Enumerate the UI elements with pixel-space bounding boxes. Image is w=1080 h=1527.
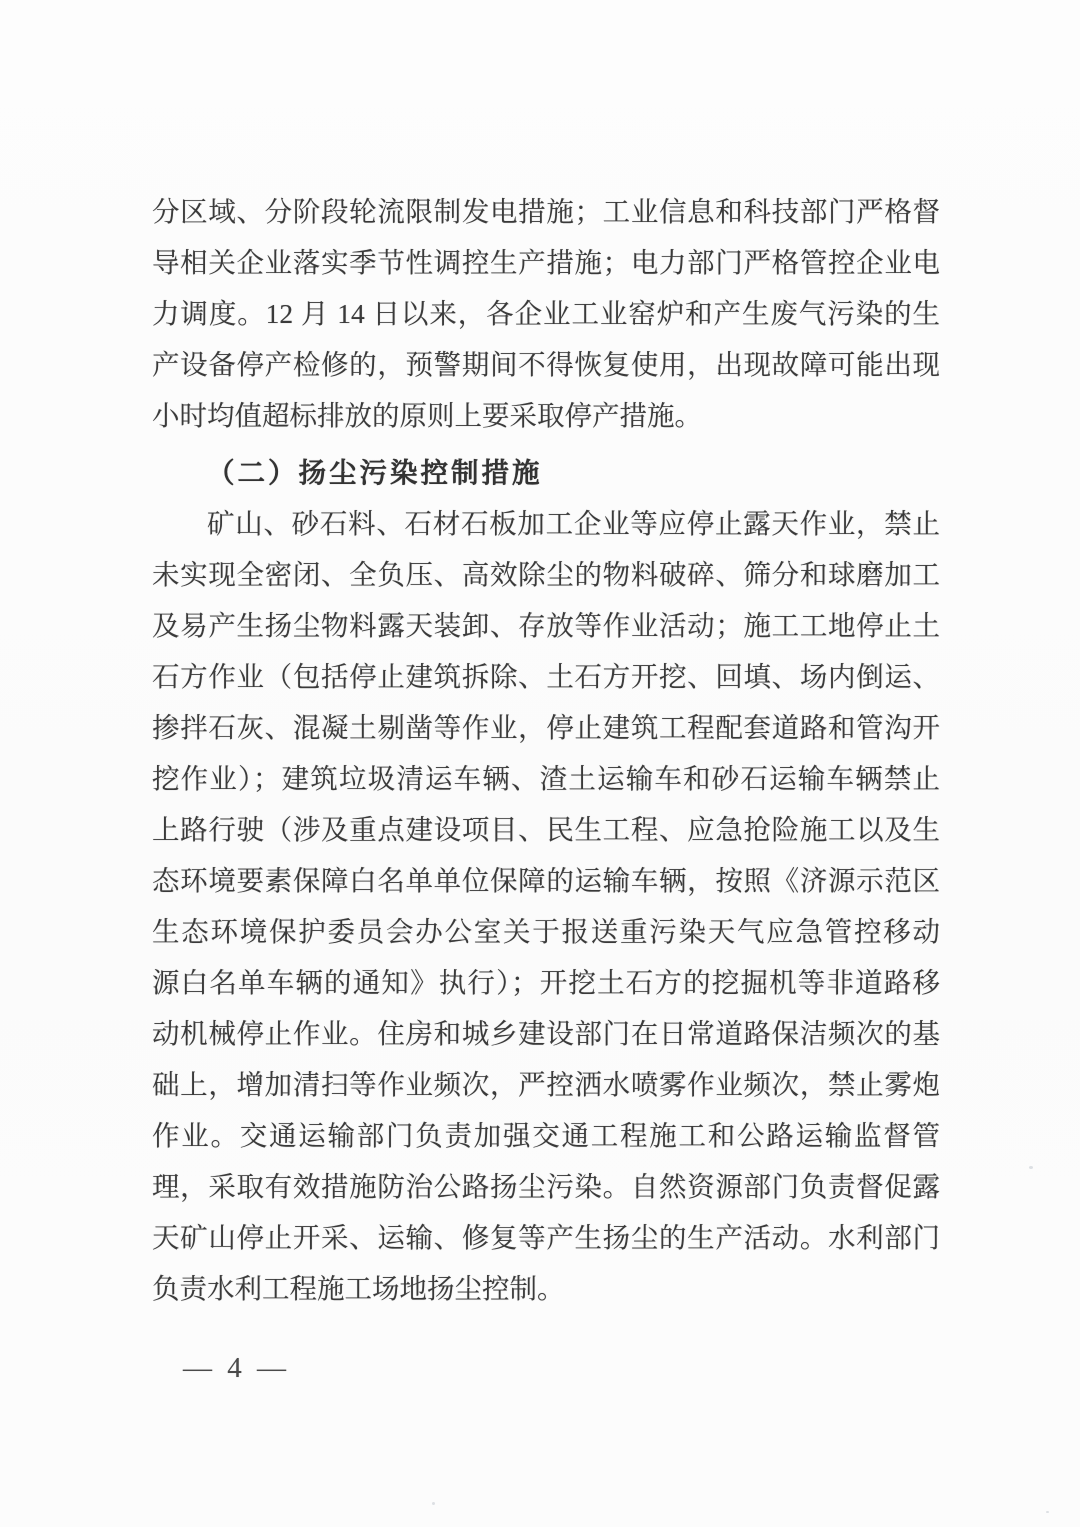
text-line: 源白名单车辆的通知》执行）；开挖土石方的挖掘机等非道路移 (152, 957, 940, 1008)
scan-artifact-speck (1046, 1511, 1049, 1513)
text-line: 小时均值超标排放的原则上要采取停产措施。 (152, 390, 940, 441)
text-line: 产设备停产检修的，预警期间不得恢复使用，出现故障可能出现 (152, 339, 940, 390)
text-line: 天矿山停止开采、运输、修复等产生扬尘的生产活动。水利部门 (152, 1212, 940, 1263)
section-heading: （二）扬尘污染控制措施 (152, 447, 940, 498)
text-line: 分区域、分阶段轮流限制发电措施；工业信息和科技部门严格督 (152, 186, 940, 237)
text-line: 动机械停止作业。住房和城乡建设部门在日常道路保洁频次的基 (152, 1008, 940, 1059)
document-body: 分区域、分阶段轮流限制发电措施；工业信息和科技部门严格督 导相关企业落实季节性调… (152, 186, 940, 1314)
text-line: 上路行驶（涉及重点建设项目、民生工程、应急抢险施工以及生 (152, 804, 940, 855)
text-line: 负责水利工程施工场地扬尘控制。 (152, 1263, 940, 1314)
text-line: 矿山、砂石料、石材石板加工企业等应停止露天作业，禁止 (152, 498, 940, 549)
text-line: 生态环境保护委员会办公室关于报送重污染天气应急管控移动 (152, 906, 940, 957)
text-line: 态环境要素保障白名单单位保障的运输车辆，按照《济源示范区 (152, 855, 940, 906)
scan-artifact-speck (1029, 1166, 1033, 1169)
text-line: 导相关企业落实季节性调控生产措施；电力部门严格管控企业电 (152, 237, 940, 288)
text-line: 作业。交通运输部门负责加强交通工程施工和公路运输监督管 (152, 1110, 940, 1161)
text-line: 理，采取有效措施防治公路扬尘污染。自然资源部门负责督促露 (152, 1161, 940, 1212)
text-line: 石方作业（包括停止建筑拆除、土石方开挖、回填、场内倒运、 (152, 651, 940, 702)
scan-artifact-speck (432, 1502, 435, 1505)
text-line: 及易产生扬尘物料露天装卸、存放等作业活动；施工工地停止土 (152, 600, 940, 651)
page-number: — 4 — (183, 1348, 290, 1388)
text-line: 挖作业）；建筑垃圾清运车辆、渣土运输车和砂石运输车辆禁止 (152, 753, 940, 804)
text-line: 掺拌石灰、混凝土剔凿等作业，停止建筑工程配套道路和管沟开 (152, 702, 940, 753)
text-line: 力调度。12 月 14 日以来，各企业工业窑炉和产生废气污染的生 (152, 288, 940, 339)
text-line: 未实现全密闭、全负压、高效除尘的物料破碎、筛分和球磨加工 (152, 549, 940, 600)
text-line: 础上，增加清扫等作业频次，严控洒水喷雾作业频次，禁止雾炮 (152, 1059, 940, 1110)
scanned-document-page: 分区域、分阶段轮流限制发电措施；工业信息和科技部门严格督 导相关企业落实季节性调… (0, 0, 1080, 1527)
